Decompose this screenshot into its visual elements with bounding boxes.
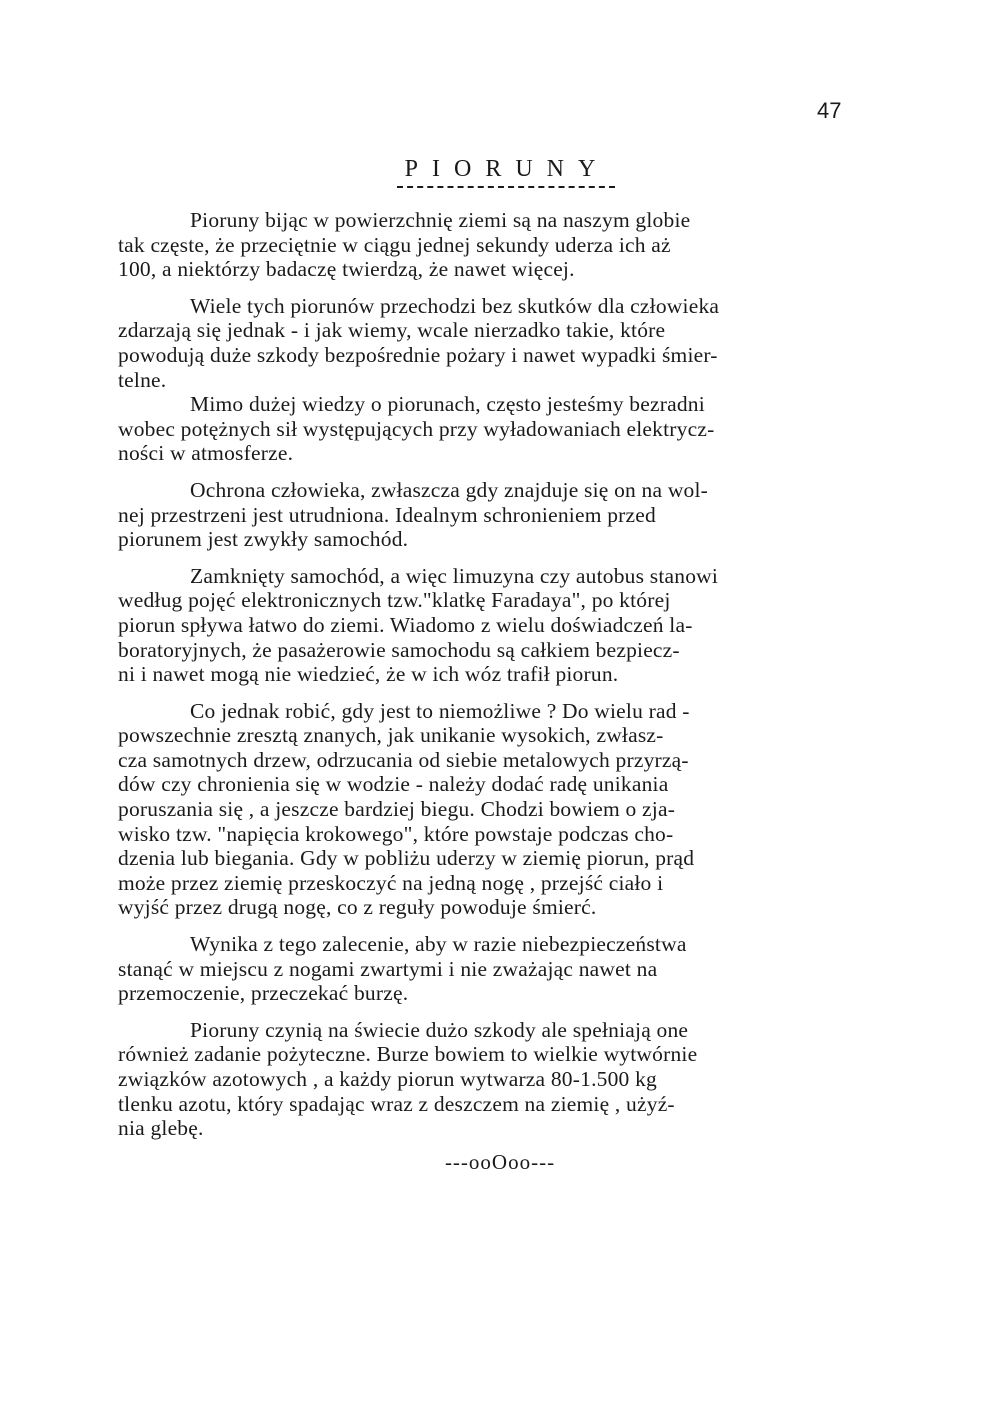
page-number: 47 bbox=[817, 98, 841, 124]
paragraph: Ochrona człowieka, zwłaszcza gdy znajduj… bbox=[118, 478, 870, 552]
article-body: Pioruny bijąc w powierzchnię ziemi są na… bbox=[118, 208, 870, 1153]
paragraph: Zamknięty samochód, a więc limuzyna czy … bbox=[118, 564, 870, 687]
paragraph: Co jednak robić, gdy jest to niemożliwe … bbox=[118, 699, 870, 920]
paragraph: Wiele tych piorunów przechodzi bez skutk… bbox=[118, 294, 870, 392]
paragraph: Pioruny bijąc w powierzchnię ziemi są na… bbox=[118, 208, 870, 282]
title-container: PIORUNY bbox=[0, 155, 1000, 183]
page-title: PIORUNY bbox=[391, 155, 610, 183]
paragraph: Wynika z tego zalecenie, aby w razie nie… bbox=[118, 932, 870, 1006]
paragraph: Mimo dużej wiedzy o piorunach, często je… bbox=[118, 392, 870, 466]
end-mark: ---ooOoo--- bbox=[0, 1150, 1000, 1175]
title-underline bbox=[397, 186, 615, 188]
paragraph: Pioruny czynią na świecie dużo szkody al… bbox=[118, 1018, 870, 1141]
